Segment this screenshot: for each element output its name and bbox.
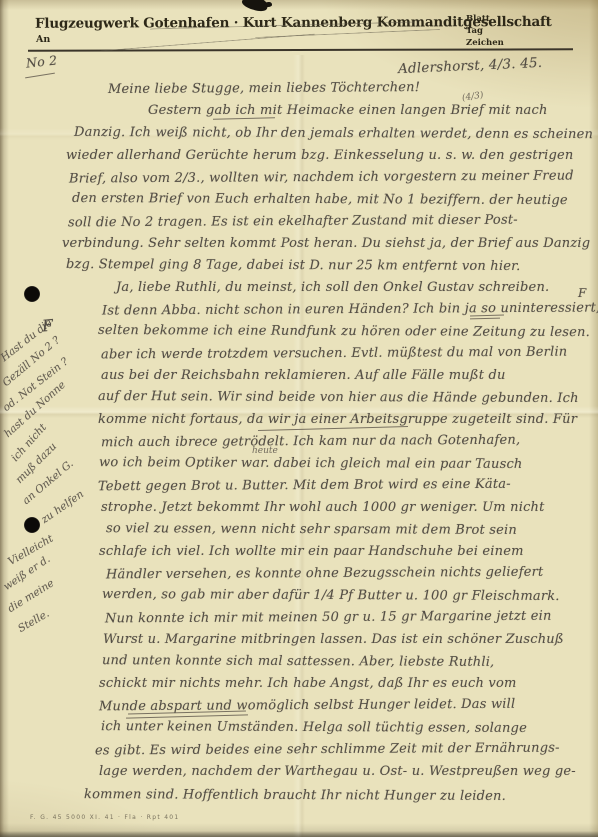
- margin-note-line: Stelle.: [16, 608, 51, 635]
- letterhead-an-label: An: [36, 34, 50, 45]
- handwriting-line: Brief, also vom 2/3., wollten wir, nachd…: [69, 168, 574, 186]
- ink-underline: [25, 73, 55, 79]
- handwriting-line: lage werden, nachdem der Warthegau u. Os…: [99, 764, 576, 779]
- ink-underline: [470, 318, 500, 320]
- handwriting-line: Munde abspart und womöglich selbst Hunge…: [99, 697, 515, 715]
- handwriting-line: es gibt. Es wird beides eine sehr schlim…: [95, 741, 560, 759]
- field-blatt: Blatt: [466, 13, 504, 25]
- ink-blot: [264, 2, 272, 7]
- salutation-line: Meine liebe Stugge, mein liebes Töchterc…: [108, 80, 420, 97]
- handwriting-line: bzg. Stempel ging 8 Tage, dabei ist D. n…: [66, 257, 521, 274]
- handwriting-line: verbindung. Sehr selten kommt Post heran…: [62, 236, 590, 251]
- handwriting-line: wo ich beim Optiker war. dabei ich gleic…: [99, 455, 523, 472]
- handwriting-line: und unten konnte sich mal sattessen. Abe…: [102, 653, 494, 670]
- handwriting-line: soll die No 2 tragen. Es ist ein ekelhaf…: [68, 213, 518, 231]
- handwriting-line: Gestern gab ich mit Heimacke einen lange…: [148, 103, 548, 118]
- handwriting-line: schickt mir nichts mehr. Ich habe Angst,…: [99, 676, 517, 691]
- field-zeichen: Zeichen: [466, 37, 504, 49]
- handwriting-line: mich auch ibrece getrödelt. Ich kam nur …: [101, 433, 520, 451]
- handwriting-line: aus bei der Reichsbahn reklamieren. Auf …: [101, 368, 506, 383]
- punch-hole: [24, 286, 40, 302]
- margin-note-line: zu helfen: [39, 488, 86, 526]
- handwriting-line: aber ich werde trotzdem versuchen. Evtl.…: [101, 345, 567, 363]
- scanned-letter-page: Flugzeugwerk Gotenhafen · Kurt Kannenber…: [0, 0, 598, 837]
- handwriting-line: wieder allerhand Gerüchte herum bzg. Ein…: [66, 148, 574, 163]
- ink-underline: [126, 714, 248, 718]
- handwriting-line: ich unter keinen Umständen. Helga soll t…: [101, 719, 527, 736]
- handwriting-line: kommen sind. Hoffentlich braucht Ihr nic…: [84, 787, 506, 804]
- letter-number: No 2: [25, 52, 58, 70]
- handwriting-line: auf der Hut sein. Wir sind beide von hie…: [98, 389, 579, 406]
- ink-underline: [213, 117, 275, 120]
- handwriting-line: selten bekomme ich eine Rundfunk zu höre…: [98, 323, 590, 340]
- dateline: Adlershorst, 4/3. 45.: [398, 55, 543, 77]
- letterhead-company: Flugzeugwerk Gotenhafen · Kurt Kannenber…: [35, 14, 465, 32]
- scan-edge: [0, 831, 598, 837]
- field-tag: Tag: [466, 25, 504, 37]
- handwriting-line: Ist denn Abba. nicht schon in euren Händ…: [102, 300, 598, 318]
- handwriting-line: Danzig. Ich weiß nicht, ob Ihr den jemal…: [74, 125, 593, 142]
- handwriting-line: Ja, liebe Ruthli, du meinst, ich soll de…: [116, 280, 549, 295]
- superscript-note: (4/3): [461, 91, 484, 104]
- handwriting-line: Tebett gegen Brot u. Butter. Mit dem Bro…: [98, 477, 511, 495]
- handwriting-line: den ersten Brief von Euch erhalten habe,…: [72, 191, 568, 208]
- punch-hole: [24, 517, 40, 533]
- handwriting-line: strophe. Jetzt bekommt Ihr wohl auch 100…: [101, 500, 545, 515]
- print-code: F. G. 45 5000 XI. 41 · Fla · Rpt 401: [30, 814, 180, 821]
- margin-mark-f-right: F: [578, 286, 587, 300]
- handwriting-line: Wurst u. Margarine mitbringen lassen. Da…: [103, 632, 564, 647]
- handwriting-line: so viel zu essen, wenn nicht sehr sparsa…: [106, 521, 517, 538]
- letterhead-fields: Blatt Tag Zeichen: [466, 13, 504, 49]
- superscript-note: heute: [252, 446, 278, 456]
- handwriting-line: werden, so gab mir aber dafür 1/4 Pf But…: [102, 587, 560, 604]
- handwriting-line: Nun konnte ich mir mit meinen 50 gr u. 1…: [105, 609, 552, 627]
- handwriting-line: Händler versehen, es konnte ohne Bezugss…: [106, 565, 544, 583]
- handwriting-line: schlafe ich viel. Ich wollte mir ein paa…: [99, 544, 524, 559]
- handwriting-line: komme nicht fortaus, da wir ja einer Arb…: [98, 412, 577, 427]
